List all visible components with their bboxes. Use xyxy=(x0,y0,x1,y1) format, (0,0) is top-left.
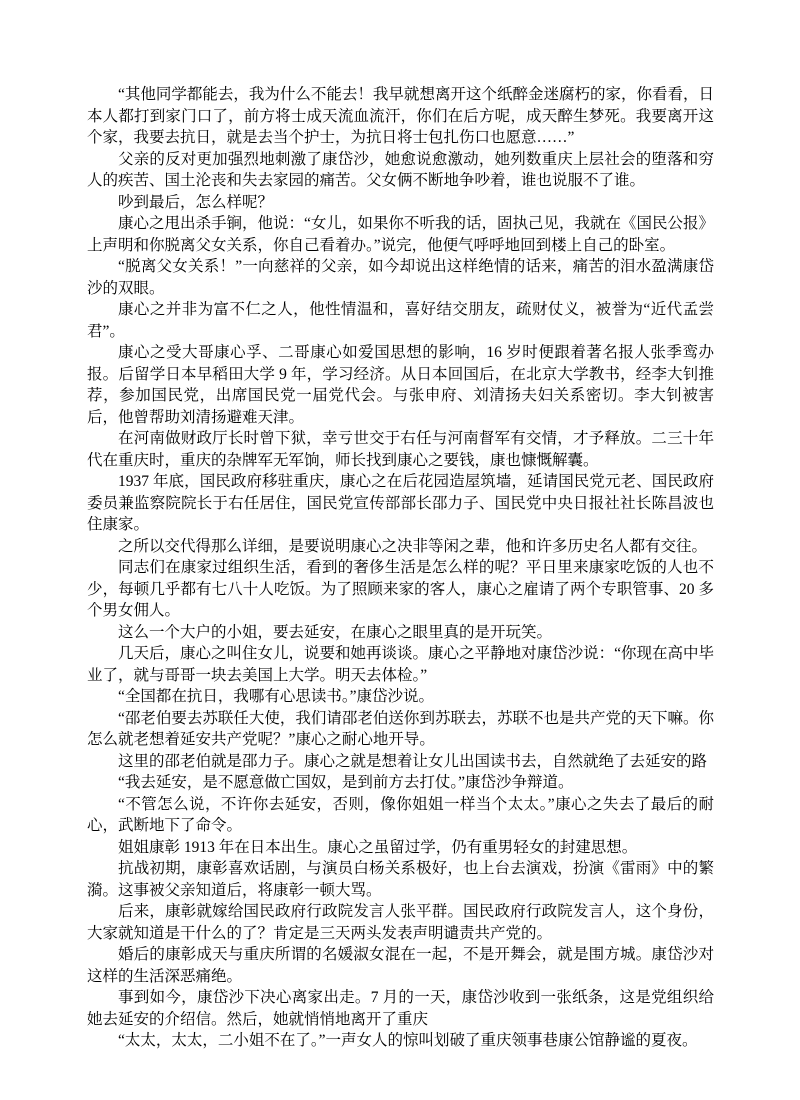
paragraph: 这里的邵老伯就是邵力子。康心之就是想着让女儿出国读书去，自然就绝了去延安的路 xyxy=(87,751,714,773)
paragraph: 之所以交代得那么详细，是要说明康心之决非等闲之辈，他和许多历史名人都有交往。 xyxy=(87,536,714,558)
paragraph: 父亲的反对更加强烈地刺激了康岱沙，她愈说愈激动，她列数重庆上层社会的堕落和穷人的… xyxy=(87,149,714,192)
paragraph: “脱离父女关系！”一向慈祥的父亲，如今却说出这样绝情的话来，痛苦的泪水盈满康岱沙… xyxy=(87,256,714,299)
paragraph: “邵老伯要去苏联任大使，我们请邵老伯送你到苏联去，苏联不也是共产党的天下嘛。你怎… xyxy=(87,708,714,751)
paragraph: “我去延安，是不愿意做亡国奴，是到前方去打仗。”康岱沙争辩道。 xyxy=(87,772,714,794)
paragraph: “不管怎么说，不许你去延安，否则，像你姐姐一样当个太太。”康心之失去了最后的耐心… xyxy=(87,794,714,837)
paragraph: 康心之受大哥康心孚、二哥康心如爱国思想的影响，16 岁时便跟着著名报人张季鸾办报… xyxy=(87,342,714,428)
paragraph: “太太，太太，二小姐不在了。”一声女人的惊叫划破了重庆领事巷康公馆静谧的夏夜。 xyxy=(87,1030,714,1052)
paragraph: 康心之并非为富不仁之人，他性情温和，喜好结交朋友，疏财仗义，被誉为“近代孟尝君”… xyxy=(87,299,714,342)
paragraph: 吵到最后，怎么样呢？ xyxy=(87,192,714,214)
paragraph: 康心之甩出杀手锏，他说：“女儿，如果你不听我的话，固执己见，我就在《国民公报》上… xyxy=(87,213,714,256)
paragraph: 同志们在康家过组织生活，看到的奢侈生活是怎么样的呢？平日里来康家吃饭的人也不少，… xyxy=(87,557,714,622)
paragraph: 抗战初期，康彰喜欢话剧，与演员白杨关系极好，也上台去演戏，扮演《雷雨》中的繁漪。… xyxy=(87,858,714,901)
paragraph: 几天后，康心之叫住女儿，说要和她再谈谈。康心之平静地对康岱沙说：“你现在高中毕业… xyxy=(87,643,714,686)
paragraph: “其他同学都能去，我为什么不能去！我早就想离开这个纸醉金迷腐朽的家，你看看，日本… xyxy=(87,84,714,149)
document-body: “其他同学都能去，我为什么不能去！我早就想离开这个纸醉金迷腐朽的家，你看看，日本… xyxy=(87,84,714,1052)
paragraph: 在河南做财政厅长时曾下狱，幸亏世交于右任与河南督军有交情，才予释放。二三十年代在… xyxy=(87,428,714,471)
paragraph: 姐姐康彰 1913 年在日本出生。康心之虽留过学，仍有重男轻女的封建思想。 xyxy=(87,837,714,859)
paragraph: 婚后的康彰成天与重庆所谓的名媛淑女混在一起，不是开舞会，就是围方城。康岱沙对这样… xyxy=(87,944,714,987)
paragraph: 这么一个大户的小姐，要去延安，在康心之眼里真的是开玩笑。 xyxy=(87,622,714,644)
paragraph: “全国都在抗日，我哪有心思读书。”康岱沙说。 xyxy=(87,686,714,708)
paragraph: 事到如今，康岱沙下决心离家出走。7 月的一天，康岱沙收到一张纸条，这是党组织给她… xyxy=(87,987,714,1030)
paragraph: 1937 年底，国民政府移驻重庆，康心之在后花园造屋筑墙，延请国民党元老、国民政… xyxy=(87,471,714,536)
paragraph: 后来，康彰就嫁给国民政府行政院发言人张平群。国民政府行政院发言人，这个身份，大家… xyxy=(87,901,714,944)
document-page: “其他同学都能去，我为什么不能去！我早就想离开这个纸醉金迷腐朽的家，你看看，日本… xyxy=(0,0,800,1100)
